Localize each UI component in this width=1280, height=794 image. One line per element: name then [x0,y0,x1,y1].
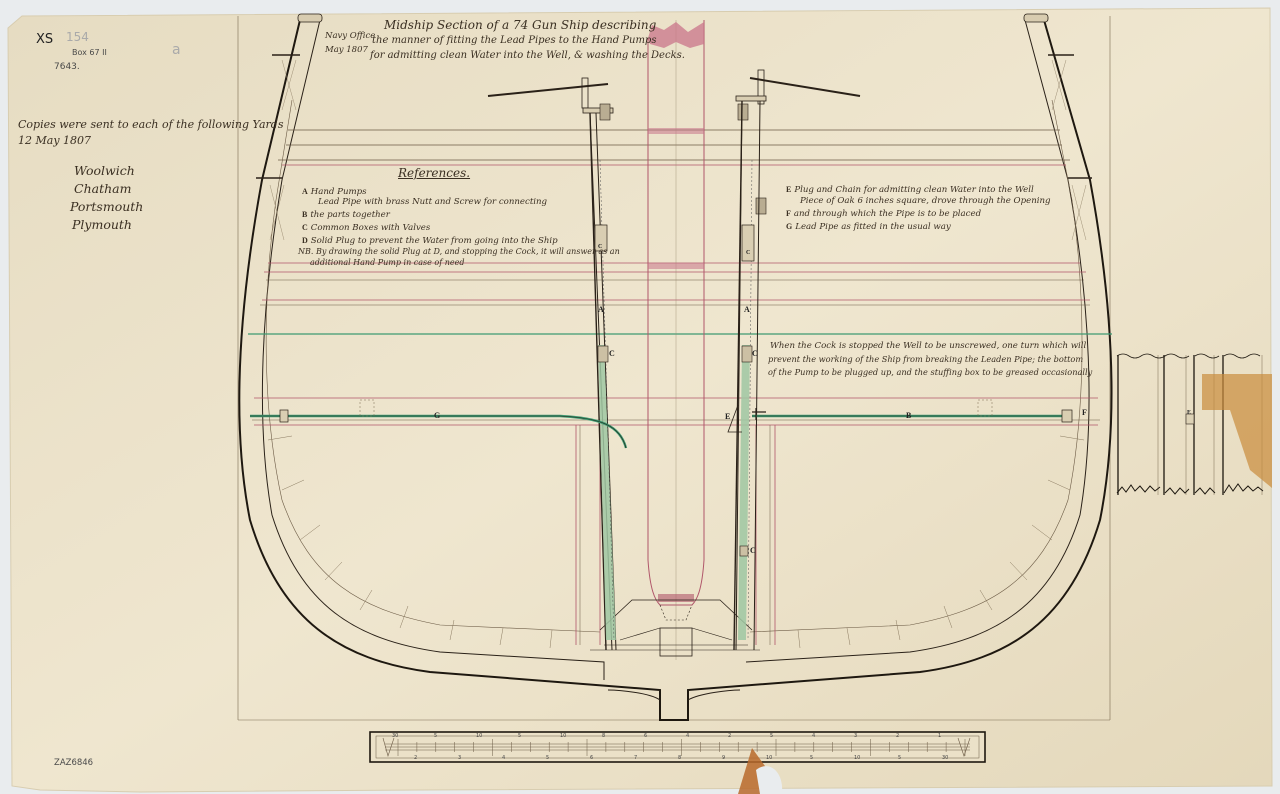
note-line-1: When the Cock is stopped the Well to be … [770,340,1086,352]
archive-mark-number: 7643. [54,62,80,72]
scale-top-tick-label: 3 [854,733,857,739]
scale-top-tick-label: 5 [770,733,773,739]
ref-text-f1: Piece of Oak 6 inches square, drove thro… [800,196,1051,206]
archive-mark-a: a [172,42,181,58]
ref-text-g: Lead Pipe as fitted in the usual way [795,222,950,232]
scale-top-tick-label: 5 [518,733,521,739]
ref-text-d: Solid Plug to prevent the Water from goi… [311,236,558,246]
title-line-2: the manner of fitting the Lead Pipes to … [372,33,656,48]
archive-stamp: ZAZ6846 [54,758,93,768]
scale-bottom-tick-label: 4 [502,755,505,761]
scale-top-tick-label: 4 [686,733,689,739]
label-c-right: C [752,349,758,358]
ref-nb-line-1: NB. By drawing the solid Plug at D, and … [298,247,620,256]
ref-text-b1: Lead Pipe with brass Nutt and Screw for … [318,197,547,207]
scale-bottom-tick-label: 5 [546,755,549,761]
label-c-left-upper: C [598,244,602,250]
label-e-detail: E [1187,410,1191,416]
label-c-right-lower: C [750,546,756,555]
scale-bottom-tick-label: 3 [458,755,461,761]
scale-top-tick-label: 8 [602,733,605,739]
scale-top-tick-label: 4 [812,733,815,739]
scale-bottom-tick-label: 10 [854,755,860,761]
scale-bottom-tick-label: 5 [810,755,813,761]
label-a-right: A [744,305,750,314]
yard-chatham: Chatham [74,180,131,197]
copies-line-2: 12 May 1807 [18,133,91,149]
references-heading: References. [398,166,470,180]
note-line-2: prevent the working of the Ship from bre… [768,353,1083,365]
scale-top-tick-label: 2 [896,733,899,739]
scale-top-tick-label: 1 [938,733,941,739]
ref-key-d: D [302,236,308,245]
label-f: F [1082,408,1087,417]
scale-top-tick-label: 10 [560,733,566,739]
scale-bottom-tick-label: 9 [722,755,725,761]
ref-key-b: B [302,210,307,219]
scale-bottom-tick-label: 10 [766,755,772,761]
archive-mark-box: Box 67 II [72,48,107,57]
yard-plymouth: Plymouth [72,216,132,233]
label-c-left: C [609,349,615,358]
title-office: Navy Office [325,31,375,41]
label-b: B [906,411,911,420]
ref-key-c: C [302,223,308,232]
ref-text-b2: the parts together [310,210,390,220]
ref-nb-line-2: additional Hand Pump in case of need [310,258,464,267]
ref-key-e: E [786,185,791,194]
title-line-1: Midship Section of a 74 Gun Ship describ… [384,18,656,33]
title-date: May 1807 [325,45,368,55]
ref-key-g: G [786,222,792,231]
yard-portsmouth: Portsmouth [70,198,143,215]
scale-bottom-tick-label: 6 [590,755,593,761]
scale-bottom-tick-label: 5 [898,755,901,761]
ref-key-f: F [786,209,791,218]
label-g: G [434,411,440,420]
scale-bottom-tick-label: 2 [414,755,417,761]
scale-top-tick-label: 6 [644,733,647,739]
archive-mark-154: 154 [66,30,89,44]
scale-bottom-tick-label: 30 [942,755,948,761]
title-line-3: for admitting clean Water into the Well,… [370,48,685,63]
copies-line-1: Copies were sent to each of the followin… [18,117,283,133]
label-e: E [725,412,730,421]
ref-text-f2: and through which the Pipe is to be plac… [794,209,981,219]
scale-top-tick-label: 30 [392,733,398,739]
scale-bottom-tick-label: 8 [678,755,681,761]
ref-text-e: Plug and Chain for admitting clean Water… [794,185,1033,195]
label-c-right-upper: C [746,250,750,256]
label-a-left: A [598,305,604,314]
ref-text-c: Common Boxes with Valves [311,223,431,233]
scale-top-tick-label: 2 [728,733,731,739]
ref-key-a: A [302,187,308,196]
scale-top-tick-label: 5 [434,733,437,739]
scale-top-tick-label: 10 [476,733,482,739]
yard-woolwich: Woolwich [74,162,135,179]
ref-text-a: Hand Pumps [311,187,367,197]
archive-mark-xs: XS [36,32,53,47]
scale-bottom-tick-label: 7 [634,755,637,761]
note-line-3: of the Pump to be plugged up, and the st… [768,366,1092,378]
